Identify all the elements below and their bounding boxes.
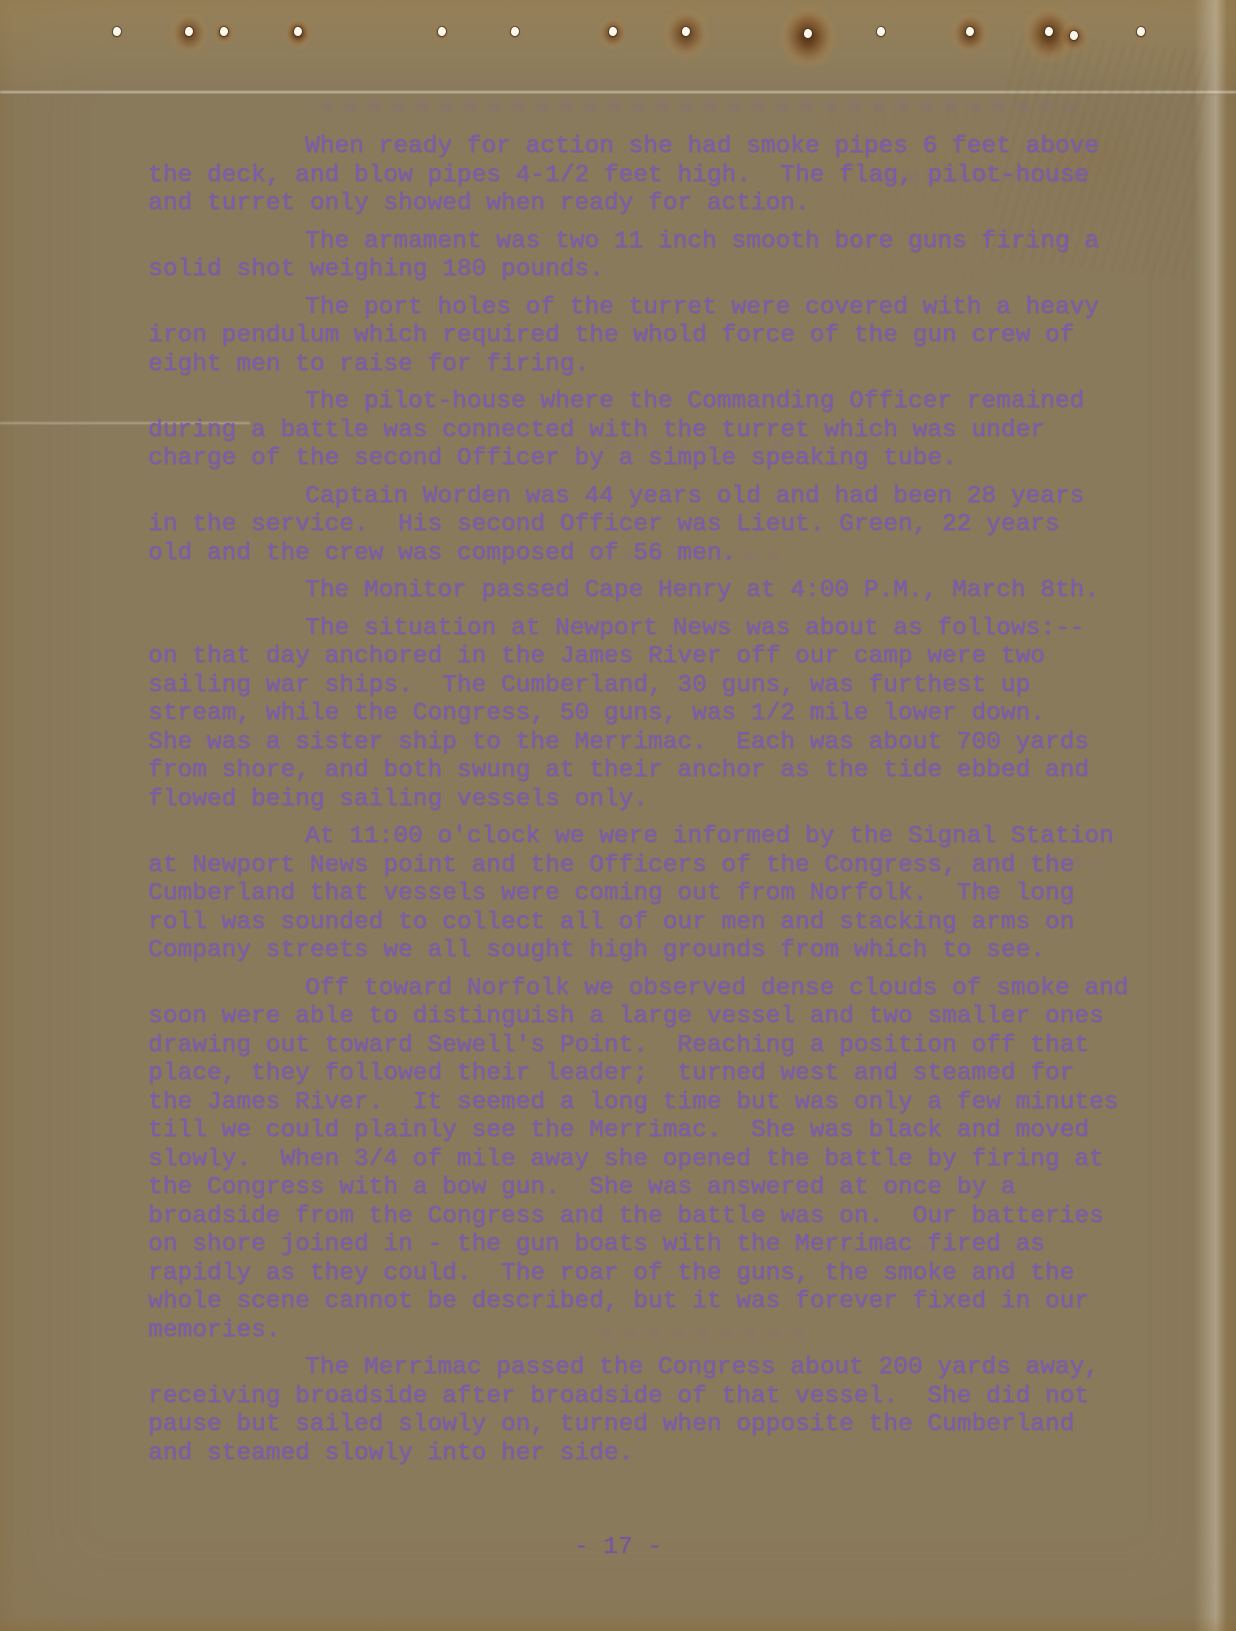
binding-hole <box>1136 26 1146 37</box>
binding-hole <box>803 28 813 39</box>
binding-hole <box>1044 26 1054 37</box>
paragraph: Off toward Norfolk we observed dense clo… <box>148 975 1158 1346</box>
paragraph: The situation at Newport News was about … <box>148 615 1158 815</box>
binding-hole <box>681 26 691 37</box>
paragraph: The pilot-house where the Commanding Off… <box>148 388 1158 474</box>
binding-hole <box>510 26 520 37</box>
paper-right-edge-shading <box>1194 0 1236 1631</box>
paragraph: When ready for action she had smoke pipe… <box>148 133 1158 219</box>
paragraph: At 11:00 o'clock we were informed by the… <box>148 823 1158 966</box>
page-number: - 17 - <box>0 1534 1236 1562</box>
paragraph: Captain Worden was 44 years old and had … <box>148 483 1158 569</box>
binding-hole <box>965 26 975 37</box>
paragraph: The Merrimac passed the Congress about 2… <box>148 1354 1158 1468</box>
binding-hole <box>293 26 303 37</box>
paragraph: The port holes of the turret were covere… <box>148 294 1158 380</box>
scanned-document-page: When ready for action she had smoke pipe… <box>0 0 1236 1631</box>
paragraph: The armament was two 11 inch smooth bore… <box>148 228 1158 285</box>
binding-hole <box>608 26 618 37</box>
binding-hole <box>184 26 194 37</box>
ghost-text-row <box>320 102 1080 111</box>
binding-hole <box>112 26 122 37</box>
binding-hole <box>219 26 229 37</box>
binding-hole <box>876 26 886 37</box>
binding-hole <box>1069 30 1079 41</box>
paper-bottom-edge-shading <box>0 1617 1236 1631</box>
binding-holes-row <box>0 0 1236 80</box>
binding-hole <box>437 26 447 37</box>
paragraph: The Monitor passed Cape Henry at 4:00 P.… <box>148 577 1158 606</box>
typewritten-text-block: When ready for action she had smoke pipe… <box>148 133 1158 1468</box>
